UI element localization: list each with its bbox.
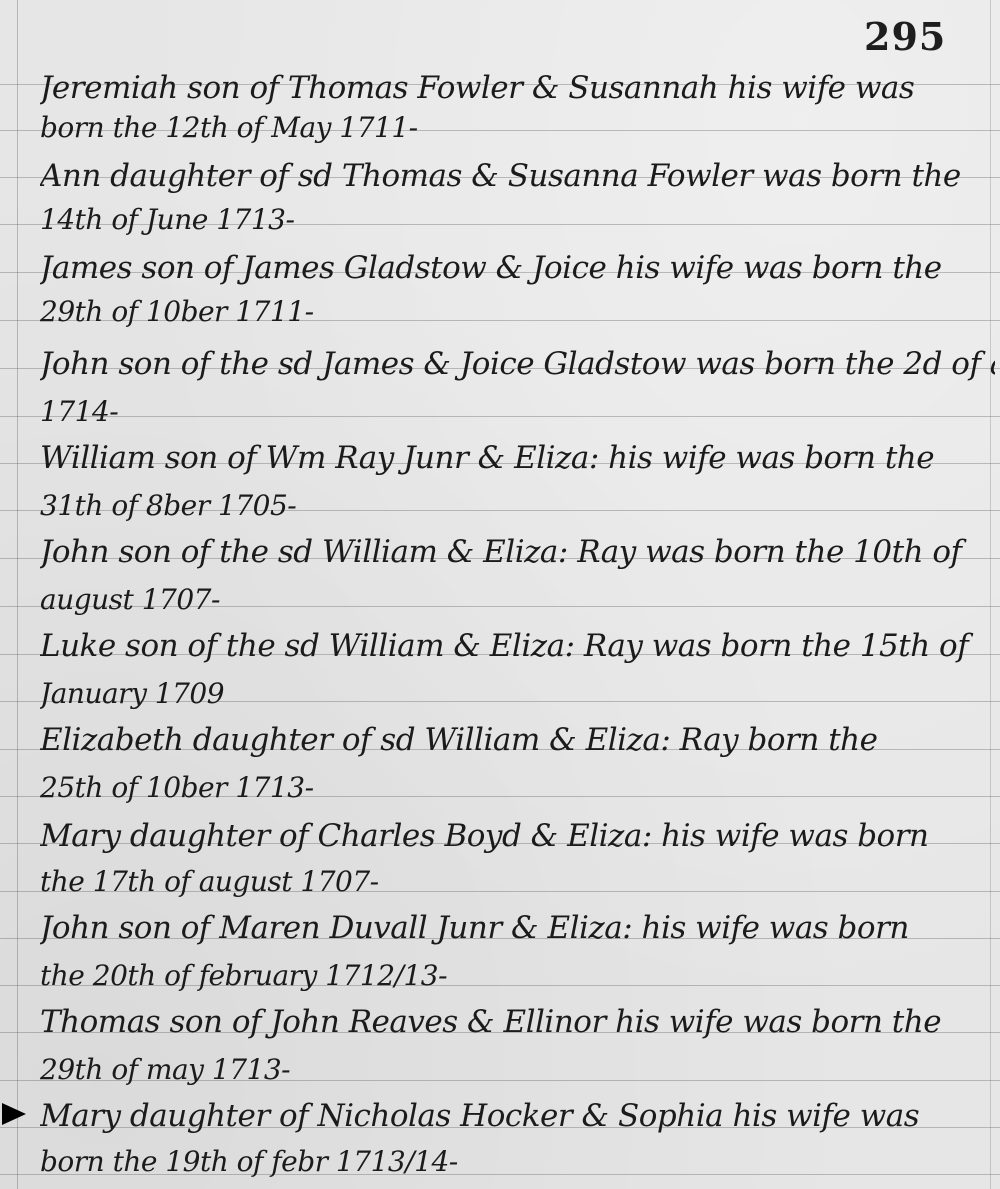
entry-line: the 17th of august 1707- (40, 858, 995, 906)
register-page: 295 Jeremiah son of Thomas Fowler & Susa… (0, 0, 1000, 1189)
entry-line: Elizabeth daughter of sd William & Eliza… (40, 716, 995, 764)
register-entries: Jeremiah son of Thomas Fowler & Susannah… (0, 0, 1000, 1189)
entry-line: James son of James Gladstow & Joice his … (40, 244, 995, 292)
entry-line: Ann daughter of sd Thomas & Susanna Fowl… (40, 152, 995, 200)
entry-line: 25th of 10ber 1713- (40, 764, 995, 812)
entry-line: Mary daughter of Nicholas Hocker & Sophi… (40, 1092, 995, 1140)
entry-line: January 1709 (40, 670, 995, 718)
entry-line: Mary daughter of Charles Boyd & Eliza: h… (40, 812, 995, 860)
entry-line: Thomas son of John Reaves & Ellinor his … (40, 998, 995, 1046)
entry-line: 1714- (40, 388, 995, 436)
entry-line: 29th of 10ber 1711- (40, 288, 995, 336)
entry-line: Luke son of the sd William & Eliza: Ray … (40, 622, 995, 670)
entry-line: born the 19th of febr 1713/14- (40, 1138, 995, 1186)
entry-line: born the 12th of May 1711- (40, 104, 995, 152)
entry-line: 14th of June 1713- (40, 196, 995, 244)
entry-line: the 20th of february 1712/13- (40, 952, 995, 1000)
entry-line: John son of the sd James & Joice Gladsto… (40, 340, 995, 388)
entry-line: 31th of 8ber 1705- (40, 482, 995, 530)
entry-marker-arrow-icon (2, 1103, 26, 1125)
entry-line: William son of Wm Ray Junr & Eliza: his … (40, 434, 995, 482)
entry-line: John son of Maren Duvall Junr & Eliza: h… (40, 904, 995, 952)
entry-line: 29th of may 1713- (40, 1046, 995, 1094)
entry-line: John son of the sd William & Eliza: Ray … (40, 528, 995, 576)
entry-line: august 1707- (40, 576, 995, 624)
